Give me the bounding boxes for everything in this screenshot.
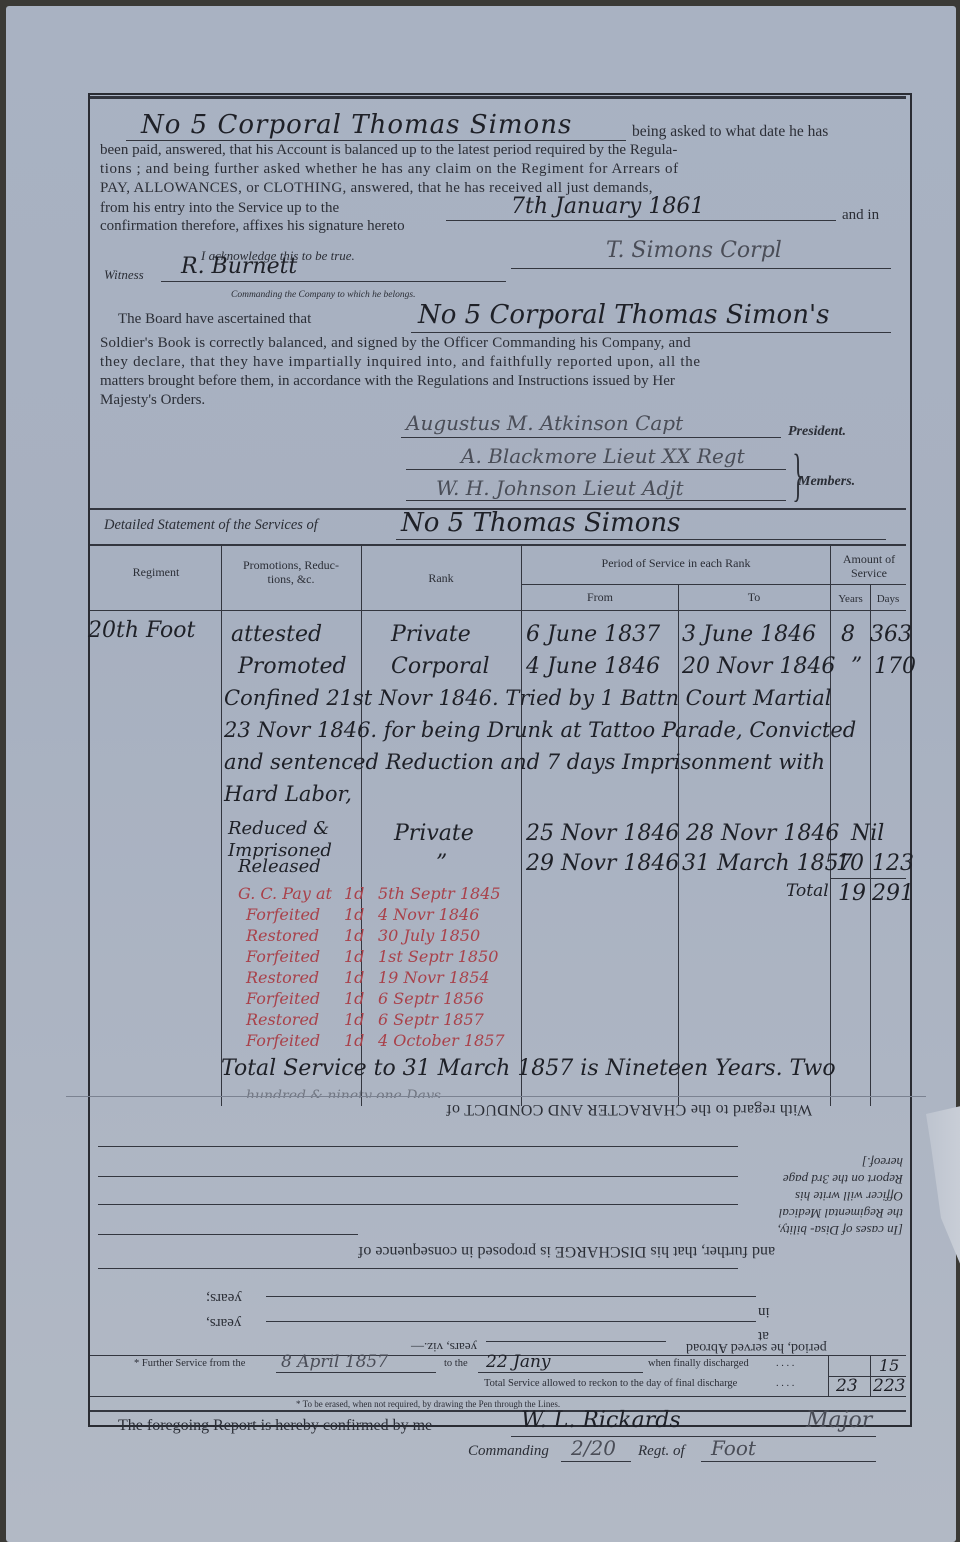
total-allowed-years: 23 (836, 1376, 858, 1396)
col-regiment: Regiment (92, 565, 220, 579)
member-line-1 (406, 469, 786, 470)
confirmation-rank: Major (806, 1408, 872, 1433)
years-label-1: years; (206, 1288, 242, 1307)
entry-prefix: from his entry into the Service up to th… (100, 199, 339, 218)
board-line4: Majesty's Orders. (100, 391, 205, 410)
total-service-line: Total Service to 31 March 1857 is Ninete… (221, 1056, 836, 1081)
confirmation-text: The foregoing Report is hereby confirmed… (118, 1416, 432, 1435)
declaration-line3: tions ; and being further asked whether … (100, 160, 900, 179)
further-to: 22 Jany (486, 1352, 551, 1372)
narrative-line: and sentenced Reduction and 7 days Impri… (224, 750, 825, 774)
row-rank: Private (391, 622, 471, 647)
row-promotion: attested (231, 622, 322, 647)
narrative-line: Confined 21st Novr 1846. Tried by 1 Batt… (224, 686, 832, 710)
declaration-line1-end: being asked to what date he has (632, 122, 828, 141)
commanding-label: Commanding (468, 1442, 549, 1461)
member-line-2 (406, 500, 786, 501)
president-signature: Augustus M. Atkinson Capt (406, 411, 683, 435)
blank-line (98, 1176, 738, 1177)
row-promotion: Promoted (238, 654, 347, 679)
discharge-label: and further, that his DISCHARGE is propo… (358, 1242, 775, 1261)
narrative-line: Hard Labor, (224, 782, 352, 806)
blank-line (98, 1146, 738, 1147)
row-years: 8 (841, 622, 855, 647)
president-line (401, 437, 781, 438)
president-label: President. (788, 422, 846, 441)
soldier-name-handwritten: No 5 Corporal Thomas Simons (141, 110, 572, 140)
row-days: 170 (874, 654, 916, 679)
gcp-label: Forfeited (246, 905, 320, 924)
document-page: No 5 Corporal Thomas Simons being asked … (6, 6, 956, 1542)
top-rule (90, 96, 906, 99)
row-from: 4 June 1846 (526, 654, 660, 679)
confirm-top-rule (90, 1410, 906, 1412)
row-from: 25 Novr 1846 (526, 821, 679, 846)
row-years: 10 (836, 851, 864, 876)
gcp-date: 6 Septr 1856 (378, 989, 484, 1008)
disability-note: [In cases of Disa- bility, the Regimenta… (763, 1154, 903, 1239)
services-name-line (396, 539, 886, 540)
confirm-sign-line (511, 1436, 876, 1437)
services-heading: Detailed Statement of the Services of (104, 516, 318, 535)
witness-label: Witness (104, 265, 144, 284)
commanding-caption: Commanding the Company to which he belon… (231, 286, 415, 305)
gcp-date: 19 Novr 1854 (378, 968, 490, 987)
years-label-2: years, (206, 1313, 241, 1332)
entry-date-handwritten: 7th January 1861 (511, 194, 704, 219)
page-curl (911, 1106, 960, 1266)
row-years: Nil (851, 821, 884, 846)
gcp-date: 5th Septr 1845 (378, 884, 501, 903)
services-soldier-handwritten: No 5 Thomas Simons (401, 508, 681, 538)
gcp-amount: 1d (344, 1010, 364, 1029)
gcp-date: 6 Septr 1857 (378, 1010, 484, 1029)
regt-line (561, 1461, 631, 1462)
regt-of-line (701, 1461, 876, 1462)
narrative-line: 23 Novr 1846. for being Drunk at Tattoo … (224, 718, 856, 742)
further-bottom-rule (90, 1396, 906, 1397)
declaration-line4: PAY, ALLOWANCES, or CLOTHING, answered, … (100, 179, 900, 198)
further-days: 15 (879, 1356, 899, 1375)
confirmation-text: confirmation therefore, affixes his sign… (100, 217, 405, 236)
row-days: 363 (870, 622, 912, 647)
gcp-amount: 1d (344, 947, 364, 966)
regiment-value: 20th Foot (88, 618, 195, 643)
col-divider (521, 546, 522, 1106)
row-to: 28 Novr 1846 (686, 821, 839, 846)
total-allowed-label: Total Service allowed to reckon to the d… (484, 1378, 737, 1389)
col-days: Days (871, 592, 905, 606)
blank-line (486, 1341, 666, 1342)
row-rank: Corporal (391, 654, 490, 679)
gcp-label: Forfeited (246, 989, 320, 1008)
row-from: 29 Novr 1846 (526, 851, 679, 876)
member-signature-1: A. Blackmore Lieut XX Regt (461, 444, 745, 468)
regt-number: 2/20 (571, 1436, 616, 1460)
col-divider (221, 546, 222, 1106)
gcp-amount: 1d (344, 926, 364, 945)
col-from: From (522, 590, 678, 604)
total-label: Total (786, 881, 829, 901)
col-period: Period of Service in each Rank (522, 556, 830, 570)
gcp-date: 4 October 1857 (378, 1031, 505, 1050)
board-name-line (411, 332, 891, 333)
gcp-label: G. C. Pay at (238, 884, 332, 903)
gcp-label: Forfeited (246, 1031, 320, 1050)
gcp-amount: 1d (344, 905, 364, 924)
board-line3: matters brought before them, in accordan… (100, 372, 900, 391)
member-signature-2: W. H. Johnson Lieut Adjt (436, 476, 684, 500)
total-years: 19 (838, 881, 866, 906)
blank-line (98, 1268, 738, 1269)
witness-signature: R. Burnett (181, 254, 297, 279)
gcp-amount: 1d (344, 968, 364, 987)
row-to: 20 Novr 1846 (682, 654, 835, 679)
row-promotion: Released (238, 856, 321, 877)
in-label: in (758, 1302, 770, 1321)
confirmation-signature: W. L. Rickards (521, 1408, 681, 1433)
row-from: 6 June 1837 (526, 622, 660, 647)
regt-of: Foot (711, 1436, 756, 1460)
gcp-amount: 1d (344, 989, 364, 1008)
signature-line (511, 268, 891, 269)
blank-line (266, 1321, 756, 1322)
gcp-date: 30 July 1850 (378, 926, 480, 945)
gcp-amount: 1d (344, 1031, 364, 1050)
gcp-label: Restored (246, 1010, 319, 1029)
board-line1: Soldier's Book is correctly balanced, an… (100, 334, 900, 353)
board-prefix: The Board have ascertained that (118, 310, 311, 329)
further-from-line (276, 1372, 436, 1373)
row-days: 123 (872, 851, 914, 876)
regt-label: Regt. of (638, 1442, 685, 1461)
gcp-amount: 1d (344, 884, 364, 903)
board-soldier-handwritten: No 5 Corporal Thomas Simon's (418, 300, 829, 330)
board-line2: they declare, that they have impartially… (100, 353, 900, 372)
further-to-line (478, 1372, 643, 1373)
blank-line (266, 1296, 756, 1297)
table-top-rule (90, 544, 906, 546)
character-label: With regard to the CHARACTER AND CONDUCT… (446, 1100, 812, 1119)
row-rank: Private (394, 821, 474, 846)
further-to-prefix: to the (444, 1358, 468, 1369)
gcp-label: Restored (246, 968, 319, 987)
further-suffix: when finally discharged (648, 1358, 749, 1369)
total-rule (830, 878, 906, 879)
subhead-rule (521, 584, 906, 585)
fold-crease (66, 1096, 926, 1097)
date-line (446, 220, 836, 221)
col-promotions: Promotions, Reduc-tions, &c. (232, 558, 350, 586)
gcp-date: 4 Novr 1846 (378, 905, 479, 924)
declaration-line2: been paid, answered, that his Account is… (100, 141, 900, 160)
total-days: 291 (872, 881, 914, 906)
col-to: To (679, 590, 829, 604)
entry-suffix: and in (842, 206, 879, 225)
header-bottom-rule (90, 610, 906, 611)
gcp-date: 1st Septr 1850 (378, 947, 498, 966)
gcp-label: Restored (246, 926, 319, 945)
blank-line (98, 1204, 738, 1205)
blank-line (98, 1234, 358, 1235)
gcp-label: Forfeited (246, 947, 320, 966)
members-label: Members. (798, 472, 855, 491)
row-rank: ” (436, 851, 447, 876)
soldier-signature: T. Simons Corpl (606, 238, 782, 263)
col-rank: Rank (362, 571, 520, 585)
col-amount: Amount of Service (834, 552, 904, 580)
further-dots: . . . . (776, 1358, 794, 1369)
row-to: 3 June 1846 (682, 622, 816, 647)
witness-line (161, 281, 506, 282)
row-years: ” (851, 654, 862, 679)
total-allowed-days: 223 (873, 1376, 905, 1396)
col-years: Years (831, 592, 870, 606)
further-from: 8 April 1857 (281, 1352, 388, 1372)
row-to: 31 March 1857 (682, 851, 853, 876)
total-allowed-dots: . . . . (776, 1378, 794, 1389)
further-prefix: * Further Service from the (134, 1358, 245, 1369)
